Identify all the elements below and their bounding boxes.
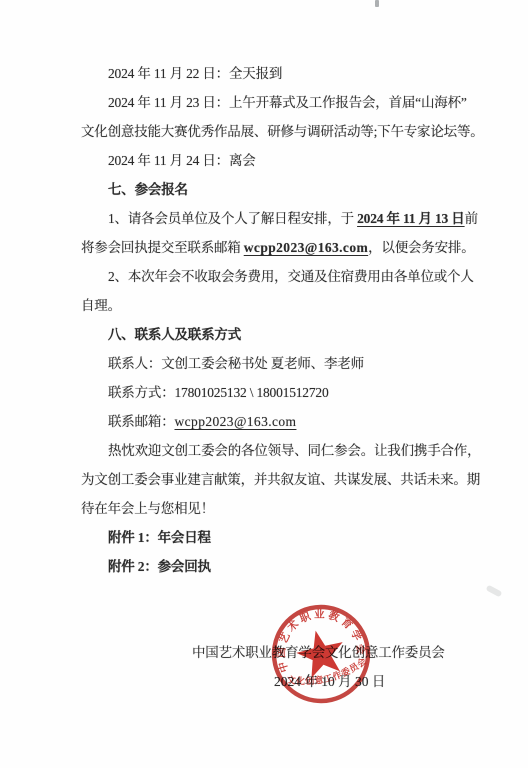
official-seal: 中国艺术职业教育学会 文化创意工作委员会 [264,597,378,711]
schedule-line-2: 2024 年 11 月 23 日：上午开幕式及工作报告会，首届“山海杯” [0,88,528,117]
sec7-item1-line2: 将参会回执提交至联系邮箱 wcpp2023@163.com，以便会务安排。 [0,233,528,262]
schedule-line-1: 2024 年 11 月 22 日：全天报到 [0,59,528,88]
schedule-line-2-cont: 文化创意技能大赛优秀作品展、研修与调研活动等;下午专家论坛等。 [0,117,528,146]
deadline-date: 2024 年 11 月 13 日 [357,211,464,226]
scan-artifact-smudge [486,585,503,598]
submission-email: wcpp2023@163.com [244,240,368,255]
attachment-2: 附件 2：参会回执 [0,552,528,581]
document-body: 2024 年 11 月 22 日：全天报到 2024 年 11 月 23 日：上… [0,0,528,581]
contact-email-label: 联系邮箱： [108,414,175,429]
sec7-item2-line2: 自理。 [0,291,528,320]
item1-suffix: 前 [465,211,478,226]
attachment-1: 附件 1：年会日程 [0,523,528,552]
item1-line2-suffix: ，以便会务安排。 [368,240,474,255]
sec7-item1-line1: 1、请各会员单位及个人了解日程安排，于 2024 年 11 月 13 日前 [0,204,528,233]
closing-line-1: 热忱欢迎文创工委会的各位领导、同仁参会。让我们携手合作， [0,436,528,465]
scanned-document-page: 2024 年 11 月 22 日：全天报到 2024 年 11 月 23 日：上… [0,0,528,768]
schedule-line-3: 2024 年 11 月 24 日：离会 [0,146,528,175]
contact-person-line: 联系人：文创工委会秘书处 夏老师、李老师 [0,349,528,378]
section8-heading: 八、联系人及联系方式 [0,320,528,349]
contact-email-line: 联系邮箱：wcpp2023@163.com [0,407,528,436]
contact-email: wcpp2023@163.com [175,414,297,429]
sec7-item2-line1: 2、本次年会不收取会务费用，交通及住宿费用由各单位或个人 [0,262,528,291]
seal-graphic: 中国艺术职业教育学会 文化创意工作委员会 [265,598,378,711]
item1-prefix: 1、请各会员单位及个人了解日程安排，于 [108,211,357,226]
item1-line2-prefix: 将参会回执提交至联系邮箱 [81,240,244,255]
contact-phone-line: 联系方式：17801025132 \ 18001512720 [0,378,528,407]
section7-heading: 七、参会报名 [0,175,528,204]
closing-line-3: 待在年会上与您相见！ [0,494,528,523]
closing-line-2: 为文创工委会事业建言献策，并共叙友谊、共谋发展、共话未来。期 [0,465,528,494]
